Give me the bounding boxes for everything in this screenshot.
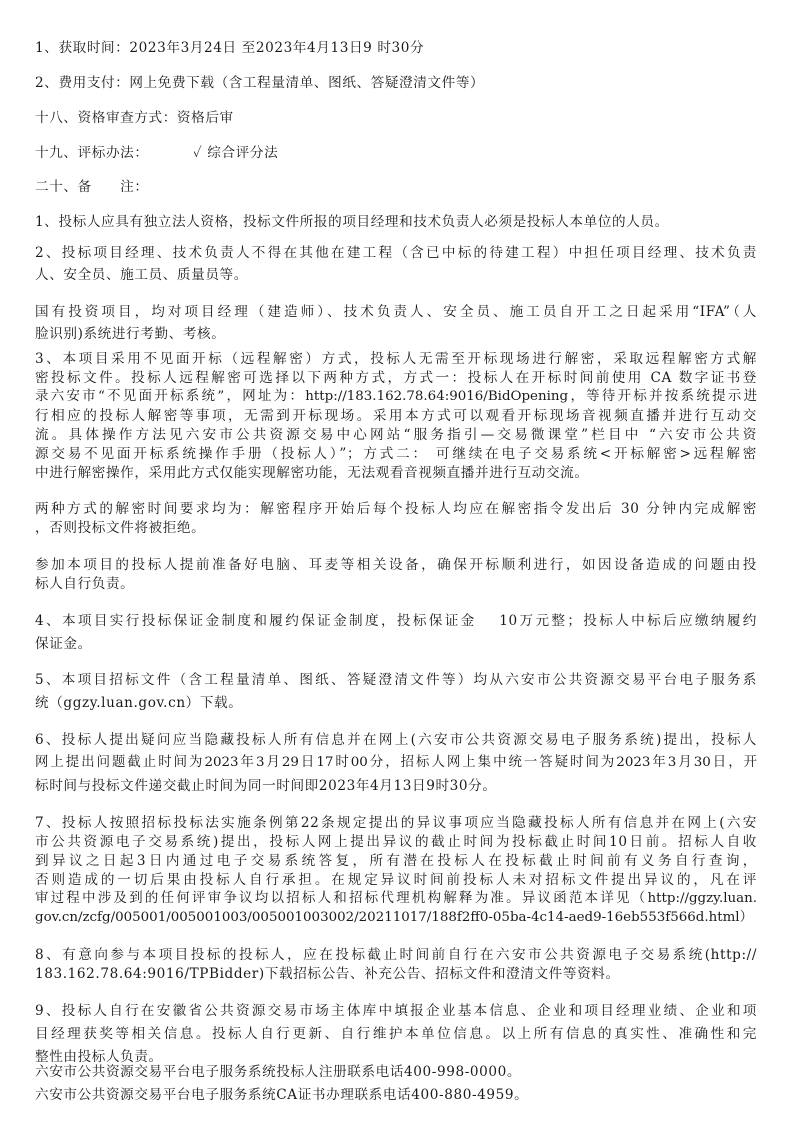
document-line: 统（ggzy.luan.gov.cn）下载。 <box>35 694 242 712</box>
document-line: 二十、备 注： <box>35 178 149 196</box>
document-line: 3、本项目采用不见面开标（远程解密）方式，投标人无需至开标现场进行解密，采取远程… <box>35 350 757 368</box>
document-line: 中进行解密操作，采用此方式仅能实现解密功能，无法观看音视频直播并进行互动交流。 <box>35 464 589 482</box>
document-line: 4、本项目实行投标保证金制度和履约保证金制度，投标保证金 10万元整；投标人中标… <box>35 612 757 630</box>
document-line: 到异议之日起3日内通过电子交易系统答复，所有潜在投标人在投标截止时间前有义务自行… <box>35 852 757 870</box>
document-line: 国有投资项目，均对项目经理（建造师）、技术负责人、安全员、施工员自开工之日起采用… <box>35 303 757 321</box>
document-line: 流。具体操作方法见六安市公共资源交易中心网站“服务指引—交易微课堂”栏目中 “六… <box>35 426 757 444</box>
document-line: 保证金。 <box>35 635 92 653</box>
document-line: 十九、评标办法： <box>35 144 149 162</box>
checked-eval-method: ✓ 综合评分法 <box>193 144 278 162</box>
contact-line: 六安市公共资源交易平台电子服务系统投标人注册联系电话400-998-0000。 <box>35 1063 521 1081</box>
document-line: 6、投标人提出疑问应当隐藏投标人所有信息并在网上(六安市公共资源交易电子服务系统… <box>35 731 757 749</box>
document-line: 1、获取时间：2023年3月24日 至2023年4月13日9 时30分 <box>35 39 424 57</box>
document-line: 8、有意向参与本项目投标的投标人，应在投标截止时间前自行在六安市公共资源电子交易… <box>35 946 757 964</box>
document-line: 标时间与投标文件递交截止时间为同一时间即2023年4月13日9时30分。 <box>35 777 497 795</box>
document-line: 1、投标人应具有独立法人资格，投标文件所报的项目经理和技术负责人必须是投标人本单… <box>35 213 669 231</box>
document-line: 脸识别)系统进行考勤、考核。 <box>35 325 225 343</box>
document-line: 市公共资源电子交易系统)提出，投标人网上提出异议的截止时间为投标截止时间10日前… <box>35 833 757 851</box>
document-line: 录六安市“不见面开标系统”，网址为：http://183.162.78.64:9… <box>35 388 757 406</box>
document-line: 否则造成的一切后果由投标人自行承担。在规定异议时间前投标人未对招标文件提出异议的… <box>35 871 757 889</box>
document-line: 审过程中涉及到的任何评审争议均以招标人和招标代理机构解释为准。异议函范本详见（h… <box>35 890 757 908</box>
document-line: 网上提出问题截止时间为2023年3月29日17时00分，招标人网上集中统一答疑时… <box>35 754 757 772</box>
document-line: 参加本项目的投标人提前准备好电脑、耳麦等相关设备，确保开标顺利进行，如因设备造成… <box>35 556 757 574</box>
document-line: 两种方式的解密时间要求均为：解密程序开始后每个投标人均应在解密指令发出后 30 … <box>35 500 757 518</box>
document-line: 行相应的投标人解密等事项，无需到开标现场。采用本方式可以观看开标现场音视频直播并… <box>35 407 757 425</box>
document-line: 人、安全员、施工员、质量员等。 <box>35 266 248 284</box>
document-line: 2、费用支付：网上免费下载（含工程量清单、图纸、答疑澄清文件等） <box>35 74 484 92</box>
document-line: ，否则投标文件将被拒绝。 <box>35 519 205 537</box>
document-line: 密投标文件。投标人远程解密可选择以下两种方式，方式一：投标人在开标时间前使用 C… <box>35 369 757 387</box>
document-line: 标人自行负责。 <box>35 575 134 593</box>
document-line: 2、投标项目经理、技术负责人不得在其他在建工程（含已中标的待建工程）中担任项目经… <box>35 244 757 262</box>
document-line: 183.162.78.64:9016/TPBidder)下载招标公告、补充公告、… <box>35 965 620 983</box>
contact-line: 六安市公共资源交易平台电子服务系统CA证书办理联系电话400-880-4959。 <box>35 1086 528 1104</box>
document-line: 7、投标人按照招标投标法实施条例第22条规定提出的异议事项应当隐藏投标人所有信息… <box>35 814 757 832</box>
document-line: 源交易不见面开标系统操作手册（投标人）”；方式二： 可继续在电子交易系统<开标解… <box>35 445 757 463</box>
document-line: 十八、资格审查方式：资格后审 <box>35 109 234 127</box>
document-line: gov.cn/zcfg/005001/005001003/00500100300… <box>35 909 753 927</box>
document-line: 5、本项目招标文件（含工程量清单、图纸、答疑澄清文件等）均从六安市公共资源交易平… <box>35 671 757 689</box>
document-line: 目经理获奖等相关信息。投标人自行更新、自行维护本单位信息。以上所有信息的真实性、… <box>35 1025 757 1043</box>
document-line: 9、投标人自行在安徽省公共资源交易市场主体库中填报企业基本信息、企业和项目经理业… <box>35 1002 757 1020</box>
